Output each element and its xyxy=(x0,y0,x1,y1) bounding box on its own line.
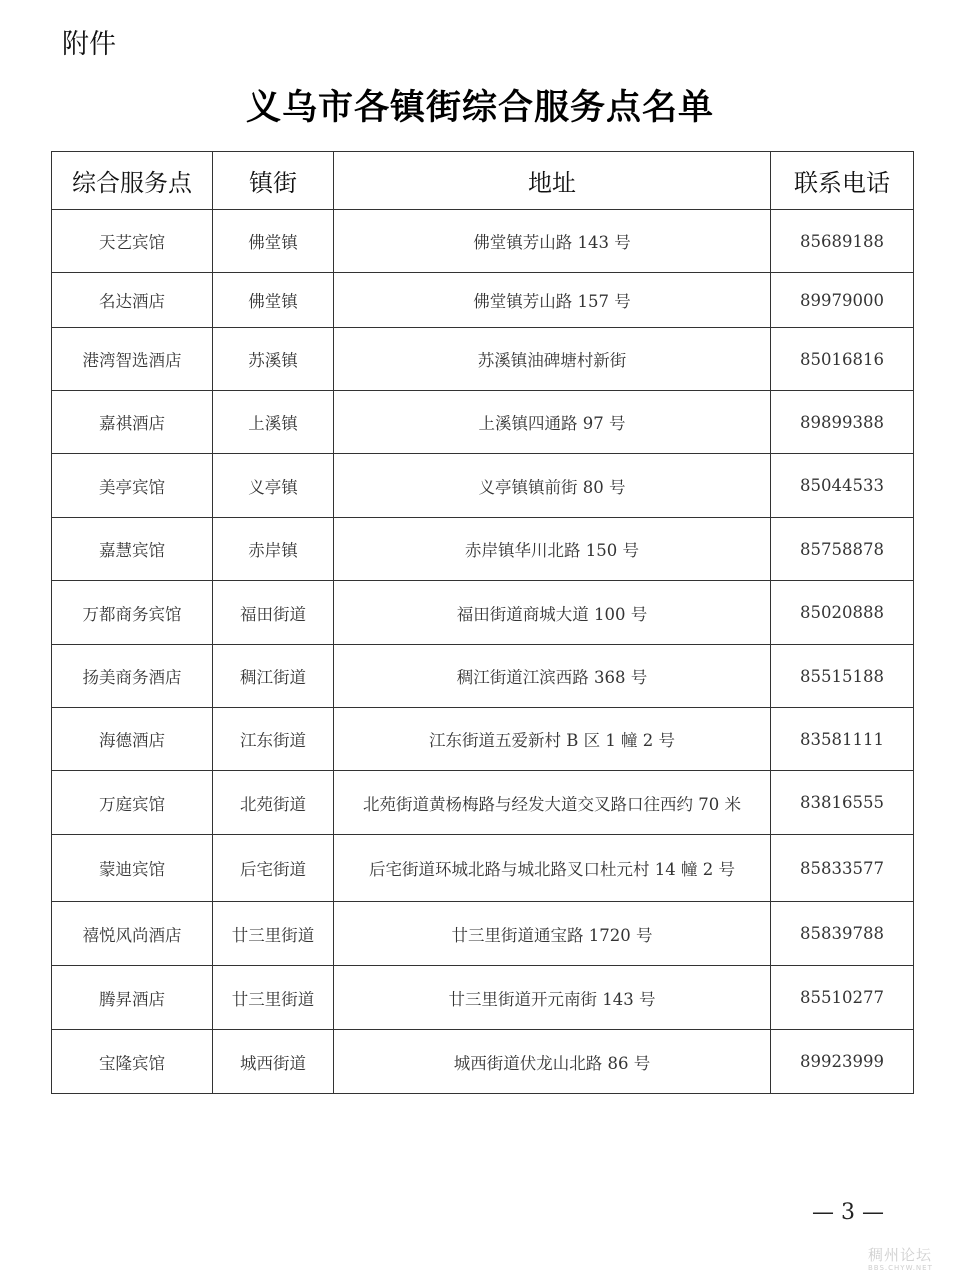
service-point-name: 禧悦风尚酒店 xyxy=(52,902,213,966)
watermark: 稠州论坛 BBS.CHYW.NET xyxy=(868,1248,933,1272)
town-name: 福田街道 xyxy=(213,581,334,645)
town-name: 赤岸镇 xyxy=(213,518,334,581)
address: 福田街道商城大道 100 号 xyxy=(334,581,771,645)
service-point-name: 名达酒店 xyxy=(52,273,213,328)
service-point-name: 嘉慧宾馆 xyxy=(52,518,213,581)
column-header-phone: 联系电话 xyxy=(771,152,914,210)
table-header-row: 综合服务点 镇街 地址 联系电话 xyxy=(52,152,914,210)
watermark-url: BBS.CHYW.NET xyxy=(868,1265,933,1272)
service-point-name: 扬美商务酒店 xyxy=(52,645,213,708)
town-name: 上溪镇 xyxy=(213,391,334,454)
watermark-text: 稠州论坛 xyxy=(868,1248,933,1263)
column-header-address: 地址 xyxy=(334,152,771,210)
address: 上溪镇四通路 97 号 xyxy=(334,391,771,454)
phone-number: 85839788 xyxy=(771,902,914,966)
town-name: 后宅街道 xyxy=(213,835,334,902)
table-row: 蒙迪宾馆后宅街道后宅街道环城北路与城北路叉口杜元村 14 幢 2 号858335… xyxy=(52,835,914,902)
page-number: — 3 — xyxy=(812,1200,884,1225)
address: 佛堂镇芳山路 157 号 xyxy=(334,273,771,328)
table-row: 宝隆宾馆城西街道城西街道伏龙山北路 86 号89923999 xyxy=(52,1030,914,1094)
address: 城西街道伏龙山北路 86 号 xyxy=(334,1030,771,1094)
table-row: 名达酒店佛堂镇佛堂镇芳山路 157 号89979000 xyxy=(52,273,914,328)
town-name: 江东街道 xyxy=(213,708,334,771)
phone-number: 89979000 xyxy=(771,273,914,328)
page-title: 义乌市各镇街综合服务点名单 xyxy=(0,80,960,130)
town-name: 廿三里街道 xyxy=(213,966,334,1030)
town-name: 佛堂镇 xyxy=(213,210,334,273)
address: 苏溪镇油碑塘村新街 xyxy=(334,328,771,391)
address: 稠江街道江滨西路 368 号 xyxy=(334,645,771,708)
table-row: 万都商务宾馆福田街道福田街道商城大道 100 号85020888 xyxy=(52,581,914,645)
town-name: 苏溪镇 xyxy=(213,328,334,391)
service-point-name: 美亭宾馆 xyxy=(52,454,213,518)
phone-number: 85020888 xyxy=(771,581,914,645)
service-point-name: 嘉祺酒店 xyxy=(52,391,213,454)
phone-number: 85833577 xyxy=(771,835,914,902)
service-point-table: 综合服务点 镇街 地址 联系电话 天艺宾馆佛堂镇佛堂镇芳山路 143 号8568… xyxy=(51,151,914,1094)
table-row: 港湾智选酒店苏溪镇苏溪镇油碑塘村新街85016816 xyxy=(52,328,914,391)
town-name: 北苑街道 xyxy=(213,771,334,835)
phone-number: 83816555 xyxy=(771,771,914,835)
table-row: 美亭宾馆义亭镇义亭镇镇前街 80 号85044533 xyxy=(52,454,914,518)
town-name: 廿三里街道 xyxy=(213,902,334,966)
town-name: 稠江街道 xyxy=(213,645,334,708)
address: 义亭镇镇前街 80 号 xyxy=(334,454,771,518)
service-point-name: 天艺宾馆 xyxy=(52,210,213,273)
town-name: 佛堂镇 xyxy=(213,273,334,328)
table-row: 嘉慧宾馆赤岸镇赤岸镇华川北路 150 号85758878 xyxy=(52,518,914,581)
service-point-name: 蒙迪宾馆 xyxy=(52,835,213,902)
table-row: 腾昇酒店廿三里街道廿三里街道开元南街 143 号85510277 xyxy=(52,966,914,1030)
address: 赤岸镇华川北路 150 号 xyxy=(334,518,771,581)
table-row: 海德酒店江东街道江东街道五爱新村 B 区 1 幢 2 号83581111 xyxy=(52,708,914,771)
phone-number: 85016816 xyxy=(771,328,914,391)
address: 江东街道五爱新村 B 区 1 幢 2 号 xyxy=(334,708,771,771)
phone-number: 85689188 xyxy=(771,210,914,273)
table-row: 嘉祺酒店上溪镇上溪镇四通路 97 号89899388 xyxy=(52,391,914,454)
table-row: 万庭宾馆北苑街道北苑街道黄杨梅路与经发大道交叉路口往西约 70 米8381655… xyxy=(52,771,914,835)
phone-number: 89899388 xyxy=(771,391,914,454)
service-point-name: 万庭宾馆 xyxy=(52,771,213,835)
address: 北苑街道黄杨梅路与经发大道交叉路口往西约 70 米 xyxy=(334,771,771,835)
column-header-service-point: 综合服务点 xyxy=(52,152,213,210)
address: 廿三里街道开元南街 143 号 xyxy=(334,966,771,1030)
address: 廿三里街道通宝路 1720 号 xyxy=(334,902,771,966)
service-point-name: 宝隆宾馆 xyxy=(52,1030,213,1094)
town-name: 义亭镇 xyxy=(213,454,334,518)
address: 后宅街道环城北路与城北路叉口杜元村 14 幢 2 号 xyxy=(334,835,771,902)
service-point-name: 海德酒店 xyxy=(52,708,213,771)
phone-number: 85510277 xyxy=(771,966,914,1030)
service-point-name: 腾昇酒店 xyxy=(52,966,213,1030)
address: 佛堂镇芳山路 143 号 xyxy=(334,210,771,273)
phone-number: 89923999 xyxy=(771,1030,914,1094)
table-row: 扬美商务酒店稠江街道稠江街道江滨西路 368 号85515188 xyxy=(52,645,914,708)
table-row: 禧悦风尚酒店廿三里街道廿三里街道通宝路 1720 号85839788 xyxy=(52,902,914,966)
column-header-town: 镇街 xyxy=(213,152,334,210)
phone-number: 85515188 xyxy=(771,645,914,708)
attachment-label: 附件 xyxy=(62,22,116,61)
service-point-name: 万都商务宾馆 xyxy=(52,581,213,645)
phone-number: 83581111 xyxy=(771,708,914,771)
phone-number: 85044533 xyxy=(771,454,914,518)
service-point-name: 港湾智选酒店 xyxy=(52,328,213,391)
town-name: 城西街道 xyxy=(213,1030,334,1094)
phone-number: 85758878 xyxy=(771,518,914,581)
table-row: 天艺宾馆佛堂镇佛堂镇芳山路 143 号85689188 xyxy=(52,210,914,273)
